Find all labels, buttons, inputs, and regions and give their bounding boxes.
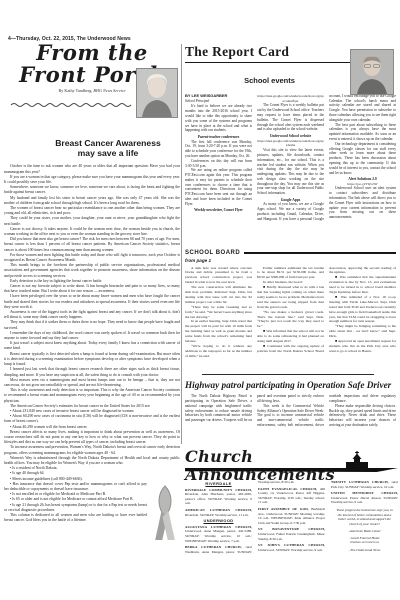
church-listing: RIVERDALE COMMUNITY CHURCH, Riverdale, A… (185, 488, 252, 506)
church-listing: ST. BONAVENTURE CHURCH, Underwood, Fathe… (258, 527, 325, 541)
paragraph: “They might be bringing something to the… (329, 324, 396, 339)
paragraph: School Principal (185, 99, 252, 104)
article-front-porch: From the Front Porch By Kathy Tandberg, … (4, 42, 180, 540)
wavy-divider-icon (10, 102, 132, 108)
paragraph: ■ Was reminded of a Nov. 18 co-op meetin… (329, 295, 396, 324)
paragraph: Cancer is not my favorite subject to wri… (4, 284, 180, 294)
highway-body: The North Dakota Highway Patrol is parti… (185, 394, 396, 428)
paragraph: The best part about subscribing to these… (329, 123, 396, 142)
section-divider (202, 374, 374, 375)
church-listing: FAITH EVANGELICAL CHURCH, 406 County 14,… (258, 487, 325, 505)
paragraph: It's hard to believe we are already two … (185, 104, 252, 133)
paragraph: I have been privileged over the years to… (4, 294, 180, 310)
paragraph: ■ Was reminded that the superintendent e… (329, 275, 396, 295)
article-school-board: SCHOOL BOARD from page 1 A sink hole was… (185, 250, 396, 359)
paragraph: This month brings to the forefront the p… (4, 263, 180, 279)
paragraph: Women's Way is administered through the … (4, 456, 180, 466)
paragraph: https://sites.google.com/a/underwoodscho… (257, 94, 324, 104)
paragraph: Most masses seen via a mammogram and mos… (4, 378, 180, 388)
paragraph: • About 60,290 new cases of carcinoma in… (4, 414, 180, 424)
church-listing: AMERICAN LUTHERAN CHURCH, Riverdale. SUN… (185, 508, 252, 517)
paragraph: Breast cancer affects so many lives, mak… (4, 430, 180, 446)
awareness-ribbon-icon (150, 484, 180, 541)
paragraph: These progressive businesses urge you, i… (334, 508, 395, 526)
paragraph: Washburn and Underwood (331, 541, 398, 546)
report-card-body: BY LEE WEISGARBERSchool PrincipalIt's ha… (185, 94, 396, 222)
paragraph: Please make responsible driving choices.… (329, 404, 396, 428)
school-board-body: A sink hole was created where concrete b… (185, 266, 396, 359)
paragraph: Awareness is one of the biggest tools in… (4, 310, 180, 320)
photo-kathy-tandberg (136, 68, 178, 118)
church-banner (185, 468, 398, 472)
front-porch-headline: Breast Cancer Awareness may save a life (4, 138, 178, 158)
continued-from-label: from page 1 (185, 258, 396, 263)
photo-lee-weisgarber (350, 49, 394, 95)
paragraph: “We're hoping to do it without any addit… (185, 344, 252, 359)
paragraph: I learned just last week that through br… (4, 367, 180, 377)
paragraph: Conferences on this day will run from 3:… (185, 159, 252, 169)
paragraph: They may think that if it strikes them o… (4, 320, 180, 330)
article-report-card: The Report Card School events BY LEE WEI… (185, 45, 396, 222)
paragraph: Underwood School uses an alert system to… (329, 186, 396, 220)
highway-headline: Highway patrol participating in Operatio… (185, 380, 396, 390)
paragraph: The women of breast cancer bear no parti… (4, 206, 180, 216)
header-rule (244, 252, 396, 254)
paragraph: It just wasn't a subject most knew anyth… (4, 341, 180, 351)
paragraph: They could be your sister, your mother, … (4, 216, 180, 226)
church-listing: FIRST ASSEMBLY OF GOD, Burkhardt Ave., U… (258, 507, 325, 525)
church-listing: AUGUSTANA LUTHERAN CHURCH, Underwood, An… (185, 525, 252, 543)
paragraph: ■ Was informed that the school will not … (257, 329, 324, 344)
woman-portrait-icon (137, 69, 177, 117)
school-board-header: SCHOOL BOARD (185, 250, 396, 256)
paragraph: Did you know that men also get breast ca… (4, 237, 180, 253)
paragraph: “There may be some tweaking and so forth… (185, 305, 252, 320)
paragraph: This is why awareness and early detectio… (4, 388, 180, 404)
paragraph: The first fall conference was Monday, Oc… (185, 140, 252, 159)
headline-line-1: Breast Cancer Awareness (55, 138, 161, 148)
paragraph: Our technology department is considering… (329, 142, 396, 176)
byline-org: BHG News Service (93, 88, 125, 93)
paragraph: We are using an online program called PT… (185, 168, 252, 206)
paragraph: If you are a woman in that age category,… (4, 175, 180, 185)
article-highway-patrol: Highway patrol participating in Operatio… (185, 380, 396, 428)
paragraph: A sink hole was created where concrete b… (185, 266, 252, 286)
paragraph: Somewhere, someone we know, someone we l… (4, 185, 180, 195)
paragraph: To increase awareness and prevention, Wo… (4, 445, 180, 455)
paragraph: October is the time to ask women who are… (4, 164, 180, 174)
front-porch-body: October is the time to ask women who are… (4, 164, 180, 540)
byline-author: By Kathy Tandberg, (58, 88, 92, 93)
church-listings: RIVERDALERIVERDALE COMMUNITY CHURCH, Riv… (185, 480, 398, 554)
paragraph: Visit this site to view the latest event… (257, 148, 324, 196)
church-listing: ST. JOHN'S LUTHERAN CHURCH, Underwood. S… (258, 543, 325, 552)
church-title-row: Church Announcements (185, 448, 398, 468)
paragraph: “No one makes a heckuva gravel roads. Th… (257, 310, 324, 330)
paragraph: ■ Approved an open enrollment request fo… (329, 339, 396, 354)
newspaper-page: 4—Thursday, Oct. 22, 2015, The Underwood… (0, 0, 400, 600)
school-board-label: SCHOOL BOARD (185, 250, 240, 256)
church-town-header: UNDERWOOD (185, 519, 252, 524)
report-card-subhead: School events (185, 76, 354, 85)
column-rule (181, 44, 182, 444)
paragraph: In an earlier meeting, Supt. Dick noted … (185, 319, 252, 344)
church-announcements: Church Announcements RIVERDALERIVERDALE … (185, 448, 398, 554)
paragraph: –American Bank Center (331, 529, 398, 534)
paragraph: The new construction will eliminate the … (185, 285, 252, 305)
paragraph: ■ Briefly discussed what to do with a bu… (257, 285, 324, 310)
title-rule (185, 62, 351, 63)
paragraph: I remember the days of my childhood, the… (4, 331, 180, 341)
paragraph: For those women and men fighting this ba… (4, 253, 180, 263)
church-listing: UNITED METHODIST CHURCH, Underwood, Past… (331, 491, 398, 505)
man-portrait-icon (351, 50, 393, 94)
paragraph: Weekly newsletter, Comet Flyer (185, 208, 252, 213)
paragraph: The Comet Flyer is a weekly bulletin put… (257, 103, 324, 132)
paragraph: –The Underwood News (331, 548, 398, 553)
paragraph: Breast cancer typically is first detecte… (4, 352, 180, 368)
paragraph: Earlier numbers estimated the tax burden… (257, 266, 324, 281)
paragraph: https://sites.google.com/a/underwoodscho… (257, 139, 324, 149)
paragraph: Cancer is not choosy. It takes anyone. I… (4, 227, 180, 237)
paragraph: My husband and family lost his sister to… (4, 196, 180, 206)
headline-line-2: may save a life (78, 148, 139, 158)
